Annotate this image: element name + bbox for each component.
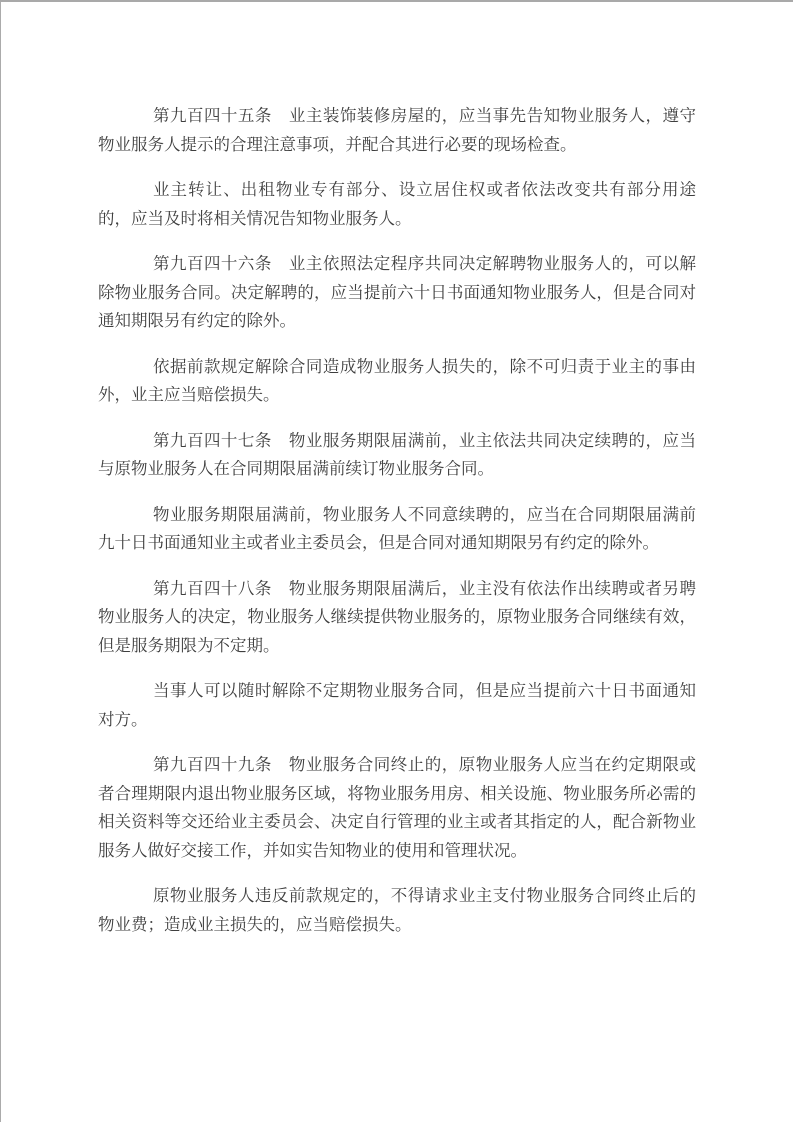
document-body: 第九百四十五条 业主装饰装修房屋的，应当事先告知物业服务人，遵守物业服务人提示的…: [1, 2, 696, 939]
paragraph-article-949: 第九百四十九条 物业服务合同终止的，原物业服务人应当在约定期限或者合理期限内退出…: [98, 751, 696, 865]
paragraph-946-clause-2: 依据前款规定解除合同造成物业服务人损失的，除不可归责于业主的事由外，业主应当赔偿…: [98, 353, 696, 410]
paragraph-article-947: 第九百四十七条 物业服务期限届满前，业主依法共同决定续聘的，应当与原物业服务人在…: [98, 427, 696, 484]
document-page: 第九百四十五条 业主装饰装修房屋的，应当事先告知物业服务人，遵守物业服务人提示的…: [0, 0, 793, 1122]
paragraph-article-948: 第九百四十八条 物业服务期限届满后，业主没有依法作出续聘或者另聘物业服务人的决定…: [98, 575, 696, 661]
paragraph-948-clause-2: 当事人可以随时解除不定期物业服务合同，但是应当提前六十日书面通知对方。: [98, 677, 696, 734]
paragraph-article-945: 第九百四十五条 业主装饰装修房屋的，应当事先告知物业服务人，遵守物业服务人提示的…: [98, 102, 696, 159]
paragraph-945-clause-2: 业主转让、出租物业专有部分、设立居住权或者依法改变共有部分用途的，应当及时将相关…: [98, 176, 696, 233]
paragraph-article-946: 第九百四十六条 业主依照法定程序共同决定解聘物业服务人的，可以解除物业服务合同。…: [98, 250, 696, 336]
paragraph-947-clause-2: 物业服务期限届满前，物业服务人不同意续聘的，应当在合同期限届满前九十日书面通知业…: [98, 501, 696, 558]
paragraph-949-clause-2: 原物业服务人违反前款规定的，不得请求业主支付物业服务合同终止后的物业费；造成业主…: [98, 882, 696, 939]
